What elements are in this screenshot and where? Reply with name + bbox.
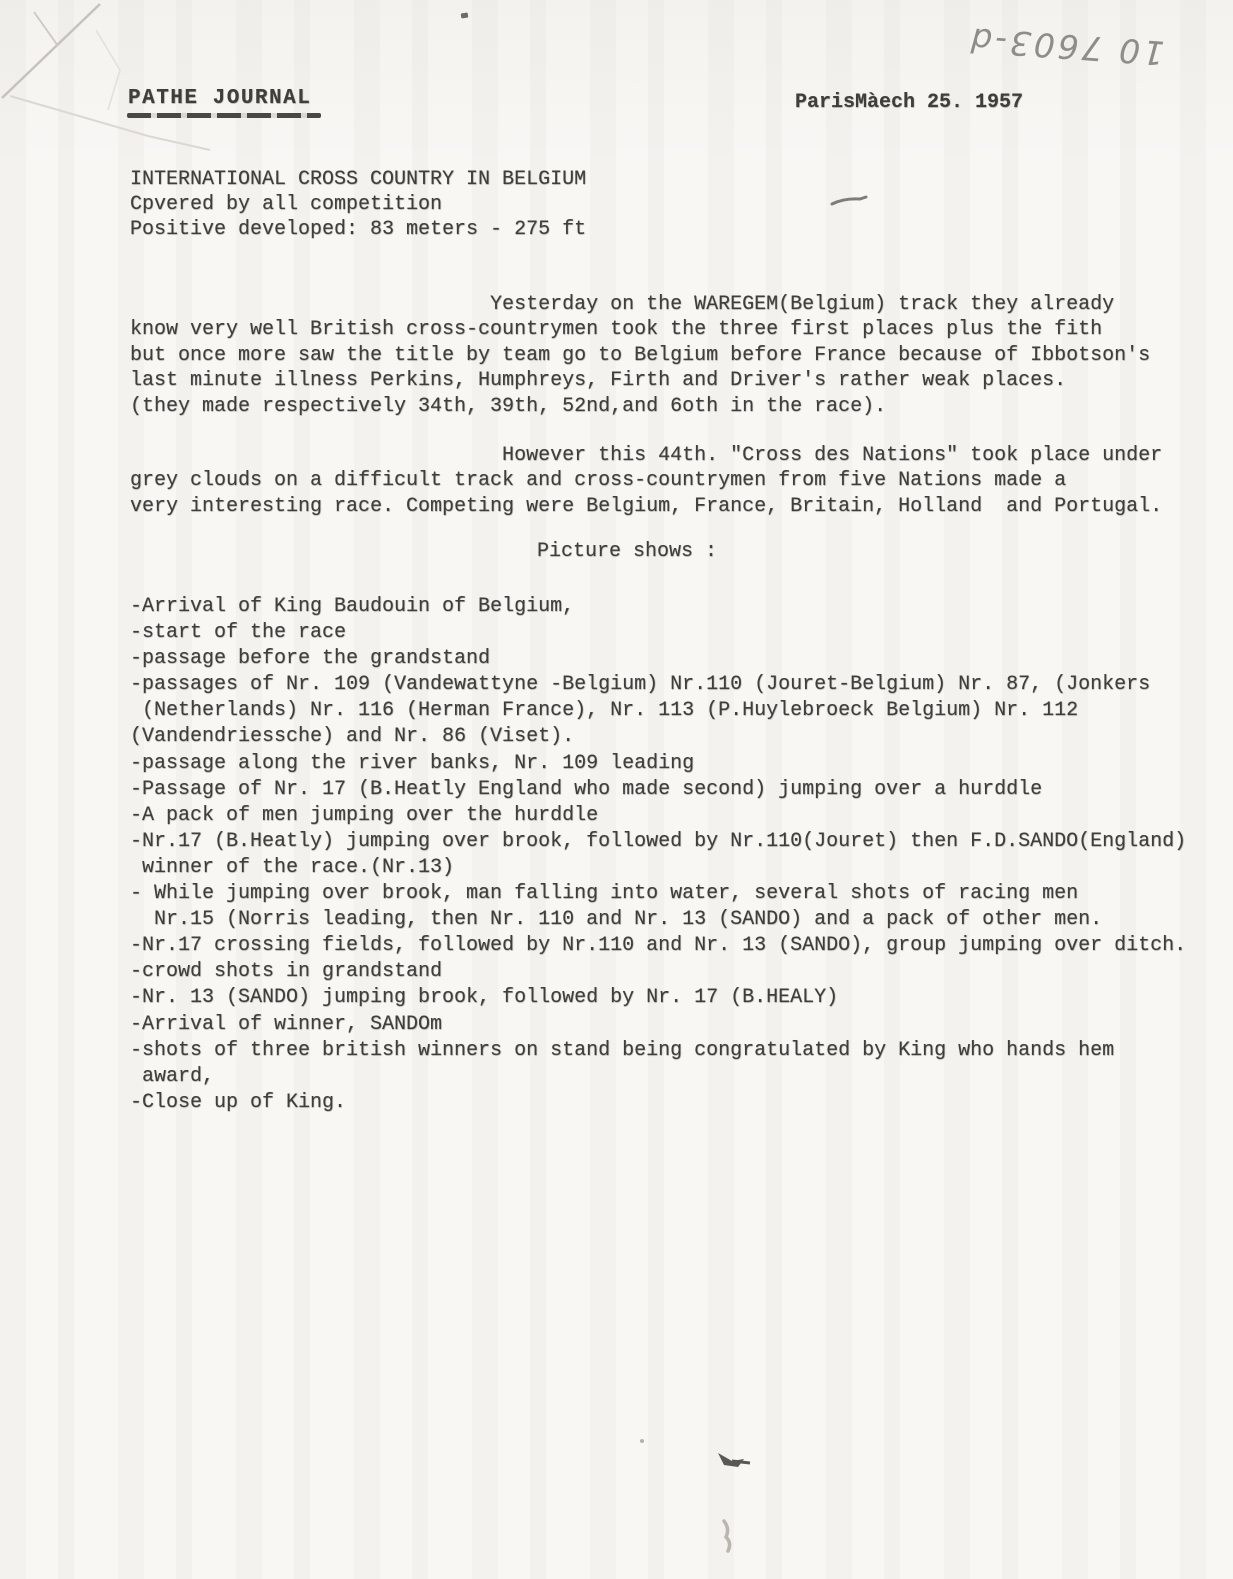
shot-list: -Arrival of King Baudouin of Belgium, -s… bbox=[130, 594, 1186, 1116]
dateline: ParisMàech 25. 1957 bbox=[795, 90, 1023, 116]
ink-speck bbox=[461, 13, 469, 19]
bottom-ink-marks bbox=[620, 1425, 840, 1565]
paragraph-summary-1: Yesterday on the WAREGEM(Belgium) track … bbox=[130, 292, 1150, 419]
handwritten-archive-number: 10 7603-d bbox=[950, 0, 1184, 74]
picture-shows-heading: Picture shows : bbox=[537, 539, 717, 565]
journal-name-underline bbox=[127, 113, 321, 118]
film-info: INTERNATIONAL CROSS COUNTRY IN BELGIUM C… bbox=[130, 167, 586, 243]
paragraph-summary-2: However this 44th. "Cross des Nations" t… bbox=[130, 443, 1162, 519]
document-page: 10 7603-d PATHE JOURNAL ParisMàech 25. 1… bbox=[0, 0, 1233, 1579]
journal-name: PATHE JOURNAL bbox=[128, 86, 311, 112]
pencil-dash-mark bbox=[820, 188, 880, 218]
